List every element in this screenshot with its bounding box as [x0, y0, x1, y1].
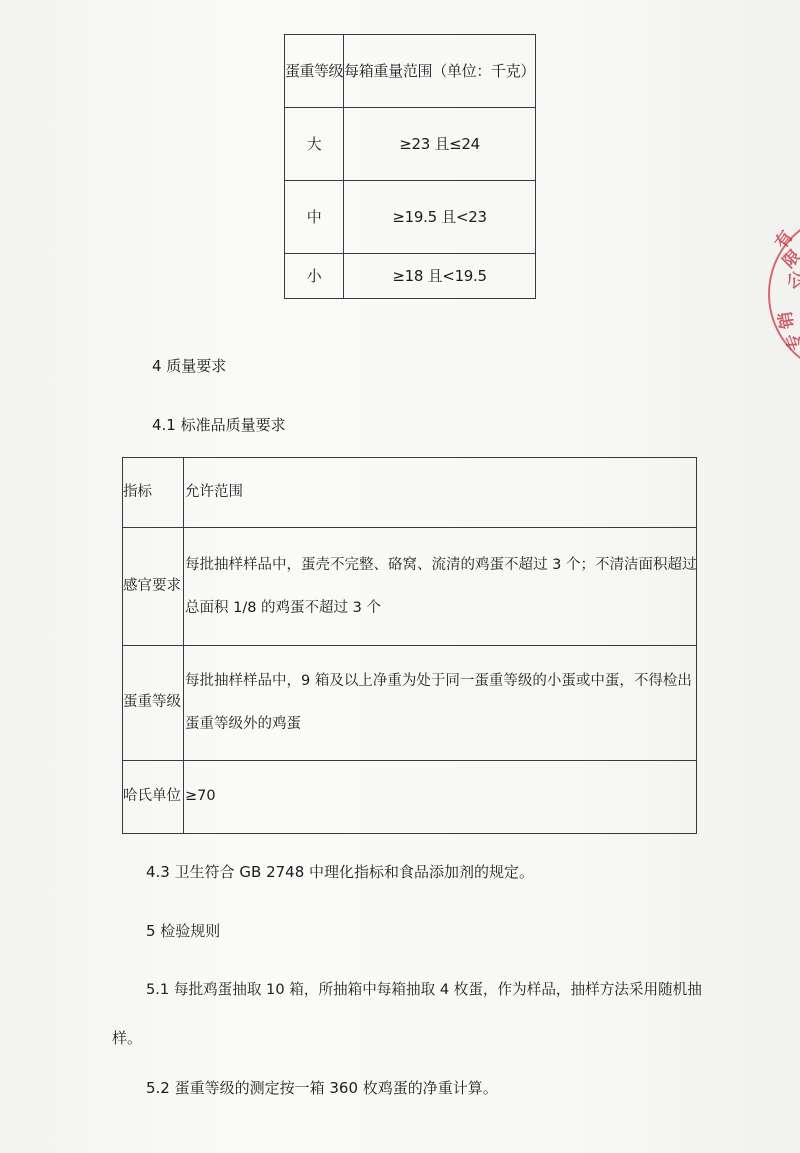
grade-cell: 中: [285, 181, 344, 254]
section-4-heading: 4 质量要求: [152, 355, 226, 376]
egg-weight-grade-table: 蛋重等级 每箱重量范围（单位：千克） 大 ≥23 且≤24 中 ≥19.5 且<…: [284, 34, 536, 299]
table-row: 中 ≥19.5 且<23: [285, 181, 536, 254]
range-cell: ≥19.5 且<23: [344, 181, 536, 254]
allowed-range-cell: 每批抽样样品中，9 箱及以上净重为处于同一蛋重等级的小蛋或中蛋，不得检出 蛋重等…: [184, 646, 697, 761]
range-cell: ≥23 且≤24: [344, 108, 536, 181]
allowed-range-cell: ≥70: [184, 761, 697, 834]
allowed-range-cell: 每批抽样样品中，蛋壳不完整、硌窝、流清的鸡蛋不超过 3 个；不清洁面积超过 总面…: [184, 528, 697, 646]
grade-cell: 大: [285, 108, 344, 181]
table-row: 蛋重等级 每批抽样样品中，9 箱及以上净重为处于同一蛋重等级的小蛋或中蛋，不得检…: [123, 646, 697, 761]
section-4-1-heading: 4.1 标准品质量要求: [152, 414, 286, 435]
header-indicator: 指标: [123, 458, 184, 528]
range-cell: ≥18 且<19.5: [344, 254, 536, 299]
section-5-1-line1: 5.1 每批鸡蛋抽取 10 箱，所抽箱中每箱抽取 4 枚蛋，作为样品，抽样方法采…: [146, 978, 702, 999]
section-5-1-line2: 样。: [112, 1027, 142, 1048]
table-header-row: 蛋重等级 每箱重量范围（单位：千克）: [285, 35, 536, 108]
cell-line: 蛋重等级外的鸡蛋: [185, 703, 696, 746]
header-weight-range: 每箱重量范围（单位：千克）: [344, 35, 536, 108]
table-row: 感官要求 每批抽样样品中，蛋壳不完整、硌窝、流清的鸡蛋不超过 3 个；不清洁面积…: [123, 528, 697, 646]
header-allowed-range: 允许范围: [184, 458, 697, 528]
section-4-3-text: 4.3 卫生符合 GB 2748 中理化指标和食品添加剂的规定。: [146, 861, 534, 882]
table-header-row: 指标 允许范围: [123, 458, 697, 528]
indicator-cell: 哈氏单位: [123, 761, 184, 834]
section-5-heading: 5 检验规则: [146, 920, 220, 941]
cell-line: 总面积 1/8 的鸡蛋不超过 3 个: [185, 587, 696, 630]
indicator-cell: 蛋重等级: [123, 646, 184, 761]
table-row: 哈氏单位 ≥70: [123, 761, 697, 834]
cell-line: 每批抽样样品中，9 箱及以上净重为处于同一蛋重等级的小蛋或中蛋，不得检出: [185, 660, 696, 703]
indicator-cell: 感官要求: [123, 528, 184, 646]
table-row: 大 ≥23 且≤24: [285, 108, 536, 181]
quality-requirements-table: 指标 允许范围 感官要求 每批抽样样品中，蛋壳不完整、硌窝、流清的鸡蛋不超过 3…: [122, 457, 697, 834]
header-grade: 蛋重等级: [285, 35, 344, 108]
section-5-2-text: 5.2 蛋重等级的测定按一箱 360 枚鸡蛋的净重计算。: [146, 1077, 498, 1098]
grade-cell: 小: [285, 254, 344, 299]
table-row: 小 ≥18 且<19.5: [285, 254, 536, 299]
cell-line: 每批抽样样品中，蛋壳不完整、硌窝、流清的鸡蛋不超过 3 个；不清洁面积超过: [185, 544, 696, 587]
